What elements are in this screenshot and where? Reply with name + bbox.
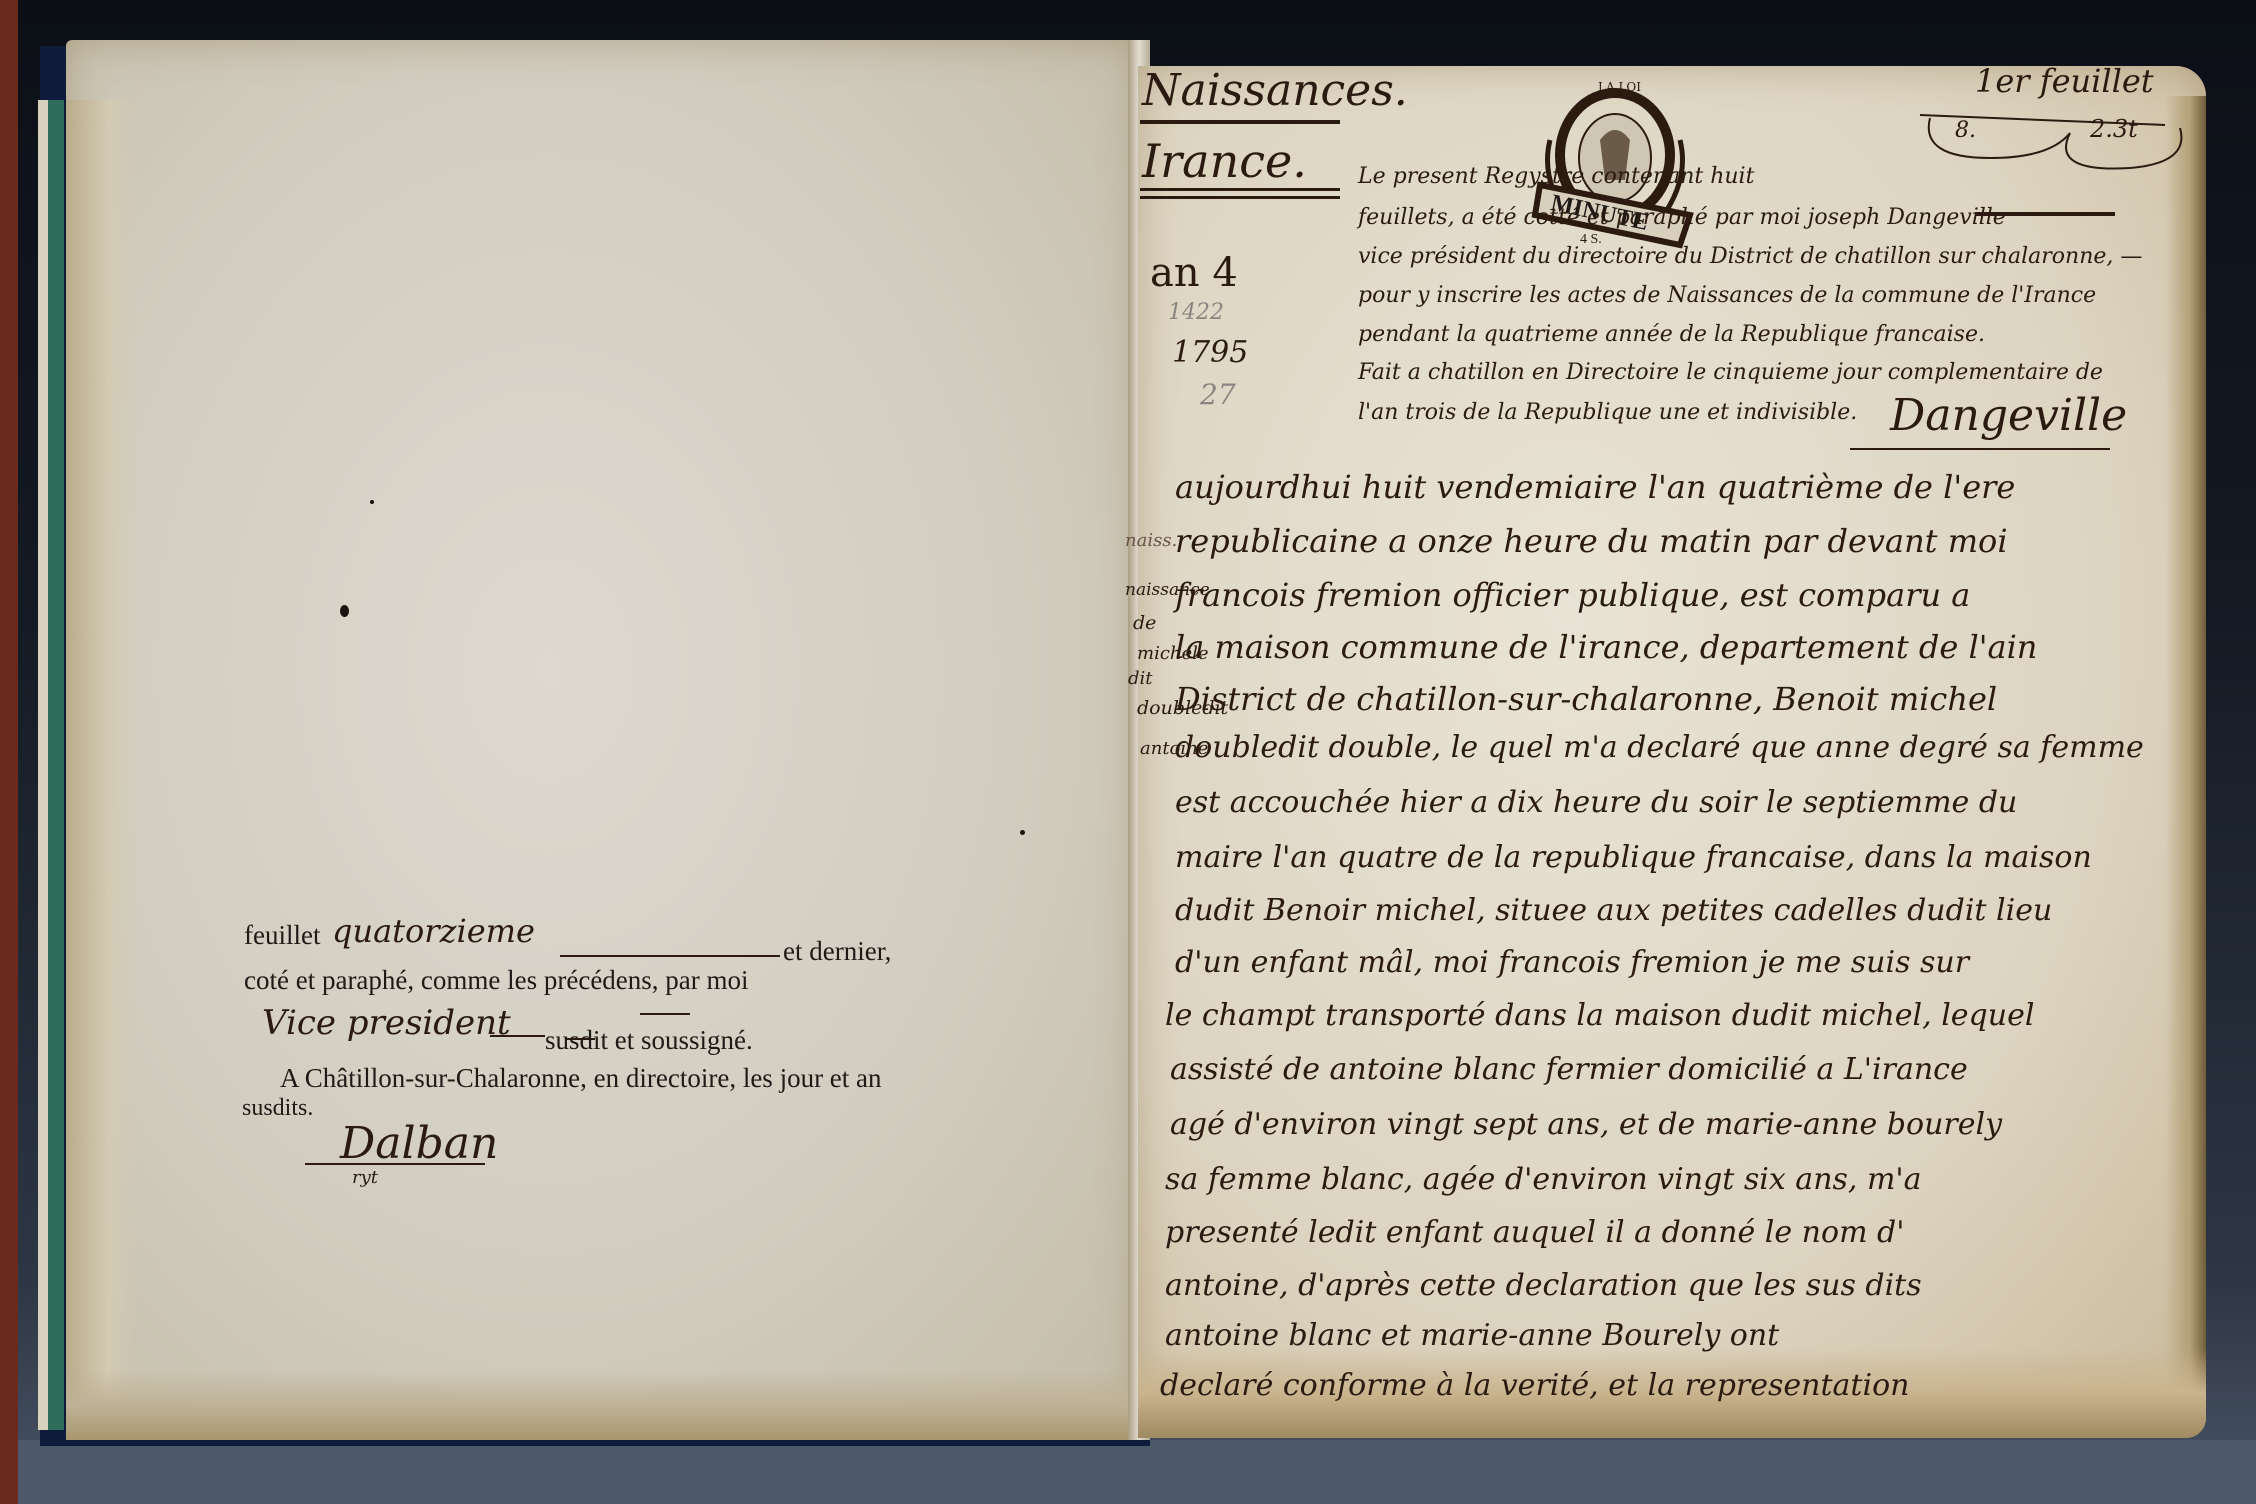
closing-line-4: A Châtillon-sur-Chalaronne, en directoir… xyxy=(280,1063,882,1094)
cover-edge xyxy=(38,100,48,1430)
closing-line-3-handwritten: Vice president xyxy=(262,1003,511,1043)
act-line: le champt transporté dans la maison dudi… xyxy=(1165,998,2034,1033)
table-surface xyxy=(0,1440,2256,1504)
margin-pencil-number: 1422 xyxy=(1168,300,1224,325)
preamble-line: Le present Regystre contenant huit xyxy=(1358,164,1754,189)
margin-note: de xyxy=(1133,612,1156,634)
signature-dalban: Dalban xyxy=(340,1118,498,1169)
table-edge xyxy=(0,0,18,1504)
closing-line-5: susdits. xyxy=(242,1095,313,1122)
closing-line-2: coté et paraphé, comme les précédens, pa… xyxy=(244,965,749,996)
act-line: francois fremion officier publique, est … xyxy=(1175,576,1970,614)
fill-line xyxy=(490,1035,545,1037)
margin-year: 1795 xyxy=(1172,335,1248,370)
act-line: republicaine a onze heure du matin par d… xyxy=(1175,522,2008,560)
page-stack-edge xyxy=(2166,96,2206,1418)
ink-spot xyxy=(1020,830,1025,835)
act-line: District de chatillon-sur-chalaronne, Be… xyxy=(1175,680,1997,718)
preamble-line: l'an trois de la Republique une et indiv… xyxy=(1358,400,1857,425)
act-line: est accouchée hier a dix heure du soir l… xyxy=(1175,785,2017,820)
header-rule xyxy=(1140,196,1340,199)
closing-line-3-suffix: susdit et soussigné. xyxy=(545,1025,753,1056)
folio-label: 1er feuillet xyxy=(1975,62,2154,100)
act-line: antoine blanc et marie-anne Bourely ont xyxy=(1165,1318,1779,1353)
signature-underline xyxy=(1850,448,2110,450)
margin-pencil-number-2: 27 xyxy=(1200,378,1236,411)
act-line: antoine, d'après cette declaration que l… xyxy=(1165,1268,1922,1303)
preamble-line: feuillets, a été cotté et paraphé par mo… xyxy=(1358,205,2006,230)
act-line: agé d'environ vingt sept ans, et de mari… xyxy=(1170,1107,2002,1142)
header-commune: Irance. xyxy=(1142,134,1307,188)
folio-left-number: 8. xyxy=(1955,118,1976,143)
preamble-line: pendant la quatrieme année de la Republi… xyxy=(1358,322,1985,347)
signature-underline xyxy=(305,1163,485,1165)
header-rule xyxy=(1140,188,1340,191)
fill-line xyxy=(560,955,780,957)
stamp-top-text: LA LOI xyxy=(1598,80,1641,94)
header-title: Naissances. xyxy=(1142,65,1408,116)
folio-right-number: 2.3t xyxy=(2090,115,2138,143)
act-line: maire l'an quatre de la republique franc… xyxy=(1175,840,2092,875)
act-line: declaré conforme à la verité, et la repr… xyxy=(1160,1368,1909,1403)
preamble-signature: Dangeville xyxy=(1890,390,2127,441)
header-rule xyxy=(1140,120,1340,124)
act-line: aujourdhui huit vendemiaire l'an quatriè… xyxy=(1175,468,2015,506)
signature-flourish: ryt xyxy=(352,1167,378,1188)
act-line: presenté ledit enfant auquel il a donné … xyxy=(1165,1215,1905,1250)
fill-line xyxy=(640,1013,690,1015)
worn-bottom-edge xyxy=(66,1370,1138,1440)
preamble-line: pour y inscrire les actes de Naissances … xyxy=(1358,283,2096,308)
closing-line-1-prefix: feuillet xyxy=(244,920,320,951)
closing-line-1-handwritten: quatorzieme xyxy=(332,912,535,950)
act-line: d'un enfant mâl, moi francois fremion je… xyxy=(1175,945,1969,980)
act-line: assisté de antoine blanc fermier domicil… xyxy=(1170,1052,1968,1087)
preamble-line: vice président du directoire du District… xyxy=(1358,244,2142,269)
margin-year-an: an 4 xyxy=(1150,250,1238,296)
closing-line-1-suffix: et dernier, xyxy=(783,936,891,967)
ink-spot xyxy=(340,605,349,617)
left-page xyxy=(66,40,1138,1440)
margin-note: naiss. xyxy=(1125,530,1177,551)
page-stack-edge xyxy=(66,100,136,1400)
act-line: sa femme blanc, agée d'environ vingt six… xyxy=(1165,1162,1922,1197)
preamble-line: Fait a chatillon en Directoire le cinqui… xyxy=(1358,360,2103,385)
act-line: la maison commune de l'irance, departeme… xyxy=(1175,628,2037,666)
act-line: doubledit double, le quel m'a declaré qu… xyxy=(1175,730,2144,765)
cover-lining xyxy=(48,100,64,1430)
ink-spot xyxy=(370,500,374,504)
margin-note: dit xyxy=(1128,668,1153,689)
act-line: dudit Benoir michel, situee aux petites … xyxy=(1175,893,2052,928)
